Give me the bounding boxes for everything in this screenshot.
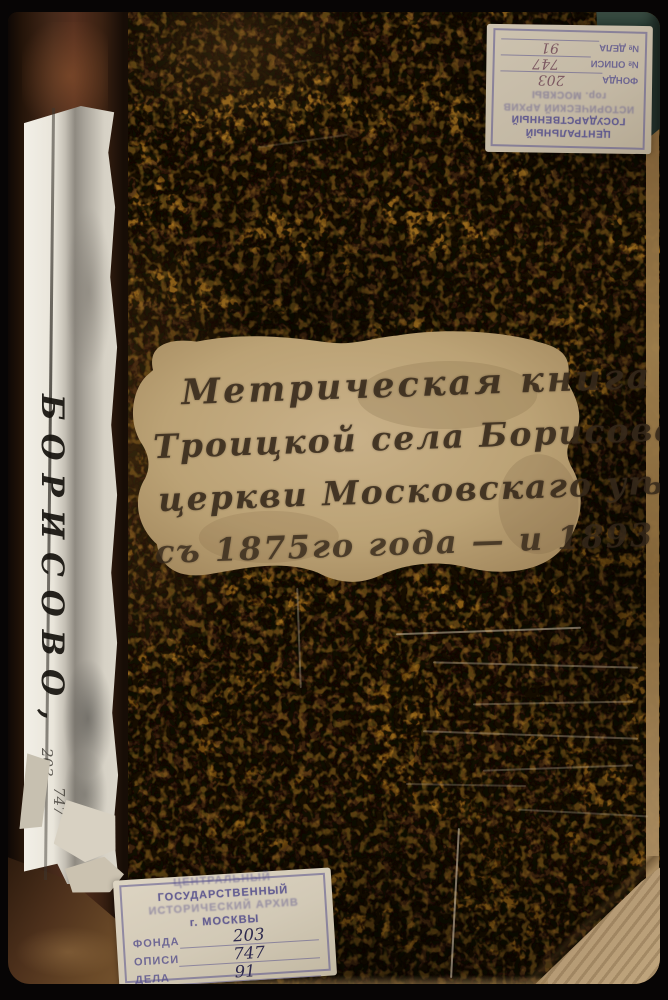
stamp-handwritten-value: 203 bbox=[500, 70, 602, 87]
photo-archival-book: Метрическая книга Троицкой села Борисова… bbox=[0, 0, 668, 1000]
archive-stamp-bottom-box: ЦЕНТРАЛЬНЫЙ ГОСУДАРСТВЕННЫЙ ИСТОРИЧЕСКИЙ… bbox=[119, 873, 331, 983]
stamp-field-fond: ФОНДА 203 bbox=[500, 70, 638, 88]
stamp-line: ЦЕНТРАЛЬНЫЙ bbox=[525, 124, 611, 139]
archive-stamp-top: ЦЕНТРАЛЬНЫЙ ГОСУДАРСТВЕННЫЙ ИСТОРИЧЕСКИЙ… bbox=[485, 24, 653, 154]
archive-stamp-bottom: ЦЕНТРАЛЬНЫЙ ГОСУДАРСТВЕННЫЙ ИСТОРИЧЕСКИЙ… bbox=[113, 867, 337, 984]
paper-strip-stain-2 bbox=[63, 162, 115, 422]
stamp-handwritten-value: 747 bbox=[500, 54, 590, 71]
book-cover: Метрическая книга Троицкой села Борисова… bbox=[8, 12, 660, 984]
stamp-handwritten-value: 91 bbox=[501, 38, 599, 55]
worn-corner-edge bbox=[526, 856, 660, 984]
stamp-line: гор. МОСКВЫ bbox=[531, 87, 606, 101]
title-text: Метрическая книга Троицкой села Борисова… bbox=[150, 353, 577, 580]
archive-stamp-top-box: ЦЕНТРАЛЬНЫЙ ГОСУДАРСТВЕННЫЙ ИСТОРИЧЕСКИЙ… bbox=[491, 28, 648, 150]
title-label: Метрическая книга Троицкой села Борисова… bbox=[117, 324, 598, 597]
spine-handwritten-title: БОРИСОВО, bbox=[34, 394, 70, 733]
